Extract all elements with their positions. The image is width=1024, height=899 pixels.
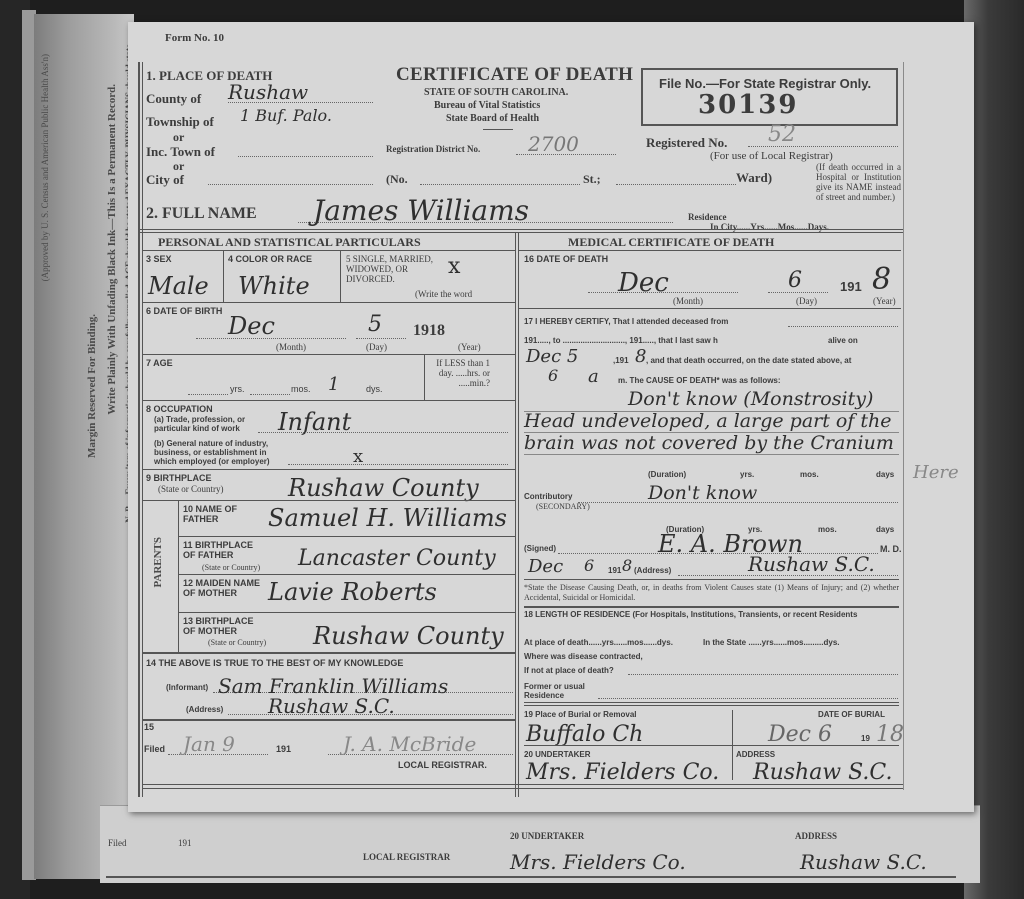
approval-note: (Approved by U. S. Census and American P… bbox=[40, 54, 50, 281]
occupation-a-label: (a) Trade, profession, or particular kin… bbox=[154, 415, 264, 433]
residence-in-city: In City......Yrs......Mos......Days. bbox=[710, 222, 829, 232]
marital-label: 5 SINGLE, MARRIED, WIDOWED, OR DIVORCED. bbox=[346, 254, 441, 284]
residence-in-state: In the State ......yrs......mos.........… bbox=[703, 638, 839, 647]
undertaker-label: 20 UNDERTAKER bbox=[524, 750, 591, 759]
time-of-death-value: 6 bbox=[548, 366, 558, 385]
reg-district-label: Registration District No. bbox=[386, 144, 480, 154]
state-name: STATE OF SOUTH CAROLINA. bbox=[424, 87, 568, 98]
father-birthplace-value: Lancaster County bbox=[298, 546, 496, 571]
father-birthplace-sub: (State or Country) bbox=[202, 563, 260, 572]
former-residence-label: Former or usual Residence bbox=[524, 682, 604, 700]
race-value: White bbox=[238, 272, 310, 300]
age-yrs-label: yrs. bbox=[230, 384, 245, 394]
certify-year-value: 8 bbox=[635, 346, 646, 367]
residence-length-heading: 18 LENGTH OF RESIDENCE (For Hospitals, I… bbox=[524, 610, 899, 620]
dob-year: 1918 bbox=[413, 322, 445, 340]
burial-place-value: Buffalo Ch bbox=[526, 722, 643, 747]
signed-year-prefix: 191 bbox=[608, 566, 621, 575]
parents-side-label: PARENTS bbox=[152, 537, 164, 588]
mother-birthplace-sub: (State or Country) bbox=[208, 638, 266, 647]
signed-year-suffix: 8 bbox=[622, 556, 632, 575]
marital-value: x bbox=[448, 254, 460, 279]
race-label: 4 COLOR OR RACE bbox=[228, 254, 312, 264]
file-number-box: File No.—For State Registrar Only. 30139 bbox=[641, 68, 898, 126]
burial-year-suffix: 18 bbox=[876, 722, 904, 747]
certify-line-2: 191....., to ...........................… bbox=[524, 336, 718, 345]
under-undertaker-value: Mrs. Fielders Co. bbox=[510, 850, 686, 874]
dob-month: Dec bbox=[228, 312, 275, 340]
item-15-number: 15 bbox=[144, 722, 154, 732]
birthplace-value: Rushaw County bbox=[288, 474, 479, 502]
local-registrar-note: (For use of Local Registrar) bbox=[710, 150, 833, 162]
personal-heading: PERSONAL AND STATISTICAL PARTICULARS bbox=[158, 235, 421, 250]
or-label: or bbox=[173, 130, 184, 145]
under-local-registrar: LOCAL REGISTRAR bbox=[363, 852, 450, 862]
father-name-value: Samuel H. Williams bbox=[268, 504, 507, 532]
father-birthplace-label: 11 BIRTHPLACE OF FATHER bbox=[183, 540, 263, 560]
month-caption: (Month) bbox=[276, 342, 306, 352]
street-label: St.; bbox=[583, 172, 601, 187]
reg-district-value: 2700 bbox=[528, 132, 579, 156]
filed-date-value: Jan 9 bbox=[183, 732, 235, 756]
local-registrar-label: LOCAL REGISTRAR. bbox=[398, 760, 487, 770]
duration-days: days bbox=[876, 525, 894, 534]
signed-date-month: Dec bbox=[528, 556, 563, 577]
county-value: Rushaw bbox=[228, 80, 308, 104]
last-seen-alive-value: Dec 5 bbox=[526, 346, 578, 367]
dob-label: 6 DATE OF BIRTH bbox=[146, 306, 222, 316]
cause-intro: m. The CAUSE OF DEATH* was as follows: bbox=[618, 376, 781, 385]
birthplace-sub: (State or Country) bbox=[158, 484, 224, 494]
town-label: Inc. Town of bbox=[146, 144, 215, 160]
certificate-title: CERTIFICATE OF DEATH bbox=[396, 64, 633, 86]
mother-birthplace-value: Rushaw County bbox=[313, 622, 504, 650]
filed-label: Filed bbox=[144, 744, 165, 754]
burial-year-prefix: 19 bbox=[861, 734, 870, 743]
cause-line-1: Don't know (Monstrosity) bbox=[628, 388, 873, 410]
date-of-death-year-prefix: 191 bbox=[840, 279, 862, 294]
cause-line-2: Head undeveloped, a large part of the bbox=[524, 410, 892, 432]
age-days-value: 1 bbox=[328, 374, 339, 395]
sex-value: Male bbox=[148, 272, 209, 300]
under-address-value: Rushaw S.C. bbox=[800, 850, 927, 874]
signed-date-day: 6 bbox=[584, 556, 594, 575]
date-of-death-year-suffix: 8 bbox=[872, 262, 891, 297]
age-label: 7 AGE bbox=[146, 358, 173, 368]
birthplace-label: 9 BIRTHPLACE bbox=[146, 473, 212, 483]
informant-label: (Informant) bbox=[166, 683, 208, 692]
board-name: State Board of Health bbox=[446, 113, 539, 124]
contributory-value: Don't know bbox=[648, 482, 757, 504]
duration-mos: mos. bbox=[818, 525, 837, 534]
registered-no-value: 52 bbox=[768, 122, 796, 147]
county-label: County of bbox=[146, 91, 201, 107]
father-name-label: 10 NAME OF FATHER bbox=[183, 504, 263, 524]
write-plainly-note: Write Plainly With Unfading Black Ink—Th… bbox=[106, 84, 118, 415]
full-name-value: James Williams bbox=[313, 194, 529, 227]
full-name-label: 2. FULL NAME bbox=[146, 205, 257, 223]
age-dys-label: dys. bbox=[366, 384, 383, 394]
filed-year: 191 bbox=[276, 744, 291, 754]
age-mos-label: mos. bbox=[291, 384, 311, 394]
ward-label: Ward) bbox=[736, 170, 772, 186]
occupation-label: 8 OCCUPATION bbox=[146, 404, 213, 414]
month-caption: (Month) bbox=[673, 296, 703, 306]
local-registrar-signature: J. A. McBride bbox=[343, 732, 476, 756]
street-no-label: (No. bbox=[386, 172, 408, 187]
certify-alive-on: alive on bbox=[828, 336, 858, 345]
duration-label: (Duration) bbox=[648, 470, 686, 479]
file-number: 30139 bbox=[698, 90, 798, 120]
undertaker-address-label: ADDRESS bbox=[736, 750, 775, 759]
undertaker-address-value: Rushaw S.C. bbox=[753, 760, 892, 785]
informant-address-label: (Address) bbox=[186, 705, 223, 714]
burial-date-label: DATE OF BURIAL bbox=[818, 710, 885, 719]
certify-line-3: , and that death occurred, on the date s… bbox=[646, 356, 851, 365]
residence-at-place: At place of death......yrs......mos.....… bbox=[524, 638, 673, 647]
margin-reserved-note: Margin Reserved For Binding. bbox=[86, 314, 98, 458]
date-of-death-month: Dec bbox=[618, 268, 669, 298]
hospital-note: (If death occurred in a Hospital or Inst… bbox=[816, 162, 901, 202]
informant-address-value: Rushaw S.C. bbox=[268, 694, 395, 718]
day-caption: (Day) bbox=[796, 296, 817, 306]
year-caption: (Year) bbox=[458, 342, 481, 352]
under-address-label: ADDRESS bbox=[795, 831, 837, 841]
contributory-label: Contributory bbox=[524, 492, 572, 501]
under-year: 191 bbox=[178, 838, 192, 848]
scanned-document: (Approved by U. S. Census and American P… bbox=[0, 0, 1024, 899]
signed-label: (Signed) bbox=[524, 544, 556, 553]
physician-address-label: (Address) bbox=[634, 566, 671, 575]
death-certificate: Form No. 10 1. PLACE OF DEATH County of … bbox=[128, 22, 974, 812]
certify-year: ,191 bbox=[613, 356, 629, 365]
disease-contracted-label: Where was disease contracted, bbox=[524, 652, 643, 661]
burial-place-label: 19 Place of Burial or Removal bbox=[524, 710, 637, 719]
underlying-page: Filed 191 LOCAL REGISTRAR 20 UNDERTAKER … bbox=[100, 805, 980, 883]
mother-maiden-name-value: Lavie Roberts bbox=[268, 578, 437, 606]
margin-note-value: Here bbox=[913, 462, 959, 483]
marital-note: (Write the word bbox=[415, 289, 472, 299]
form-number: Form No. 10 bbox=[165, 32, 224, 44]
physician-address-value: Rushaw S.C. bbox=[748, 552, 875, 576]
certify-line-1: 17 I HEREBY CERTIFY, That I attended dec… bbox=[524, 317, 728, 326]
dob-day: 5 bbox=[368, 312, 382, 337]
date-of-death-day: 6 bbox=[788, 268, 802, 293]
burial-date-value: Dec 6 bbox=[768, 722, 832, 747]
duration-days: days bbox=[876, 470, 894, 479]
mother-maiden-name-label: 12 MAIDEN NAME OF MOTHER bbox=[183, 578, 273, 598]
township-label: Township of bbox=[146, 114, 214, 130]
under-undertaker-label: 20 UNDERTAKER bbox=[510, 831, 584, 841]
city-label: City of bbox=[146, 172, 184, 188]
undertaker-value: Mrs. Fielders Co. bbox=[526, 760, 719, 785]
under-filed-label: Filed bbox=[108, 838, 127, 848]
year-caption: (Year) bbox=[873, 296, 896, 306]
file-box-label: File No.—For State Registrar Only. bbox=[659, 76, 871, 91]
not-at-place-label: If not at place of death? bbox=[524, 666, 614, 675]
medical-heading: MEDICAL CERTIFICATE OF DEATH bbox=[568, 235, 774, 250]
md-suffix: M. D. bbox=[880, 544, 902, 554]
mother-birthplace-label: 13 BIRTHPLACE OF MOTHER bbox=[183, 616, 263, 636]
binding-margin: (Approved by U. S. Census and American P… bbox=[34, 14, 134, 879]
ampm-value: a bbox=[588, 366, 599, 387]
duration-mos: mos. bbox=[800, 470, 819, 479]
cause-line-3: brain was not covered by the Cranium bbox=[524, 432, 894, 454]
bureau-name: Bureau of Vital Statistics bbox=[434, 100, 540, 111]
informant-heading: 14 THE ABOVE IS TRUE TO THE BEST OF MY K… bbox=[146, 658, 403, 668]
day-caption: (Day) bbox=[366, 342, 387, 352]
cause-footnote: *State the Disease Causing Death, or, in… bbox=[524, 583, 899, 603]
residence-label: Residence bbox=[688, 212, 727, 222]
date-of-death-label: 16 DATE OF DEATH bbox=[524, 254, 608, 264]
occupation-b-label: (b) General nature of industry, business… bbox=[154, 439, 279, 466]
registered-no-label: Registered No. bbox=[646, 135, 727, 151]
sex-label: 3 SEX bbox=[146, 254, 172, 264]
less-than-day-note: If LESS than 1 day. .....hrs. or .....mi… bbox=[430, 358, 490, 388]
township-value: 1 Buf. Palo. bbox=[240, 106, 332, 125]
duration-yrs: yrs. bbox=[740, 470, 754, 479]
secondary-label: (SECONDARY) bbox=[536, 502, 590, 511]
